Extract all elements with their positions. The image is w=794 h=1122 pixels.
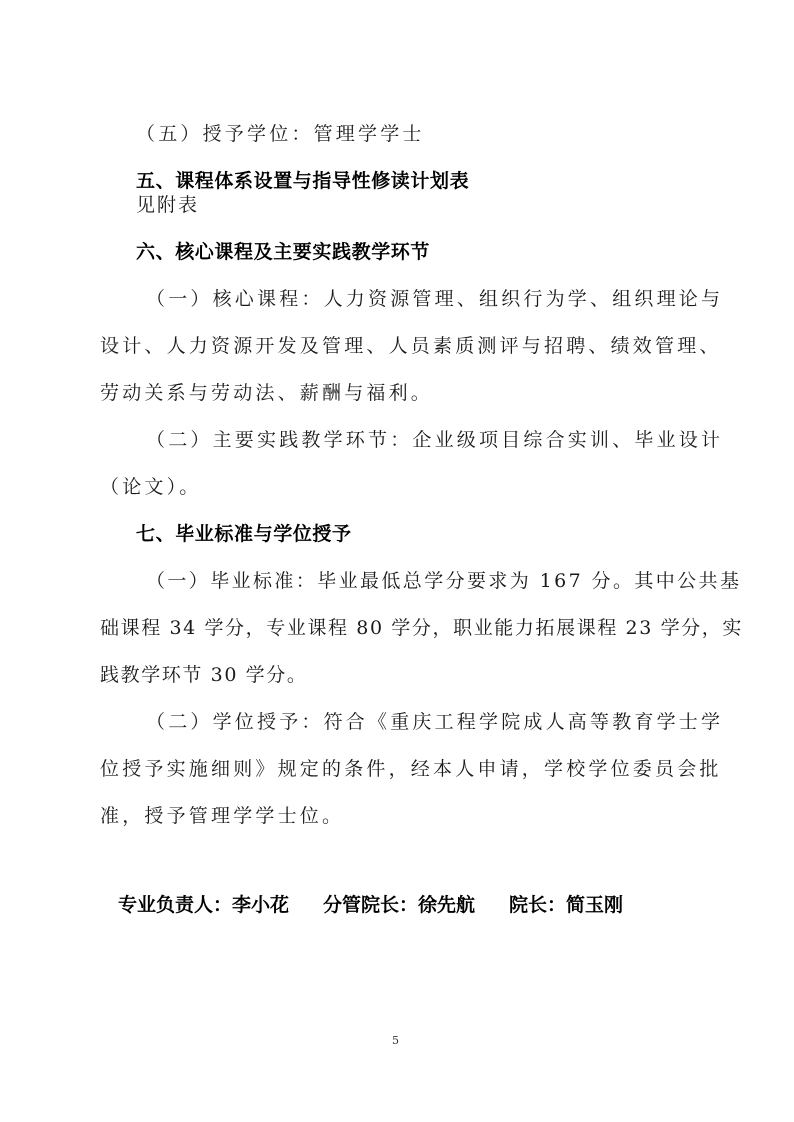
vice-dean-signature: 分管院长：徐先航 xyxy=(323,893,475,917)
graduation-standard-line-3: 践教学环节 30 学分。 xyxy=(100,663,307,687)
graduation-standard-line-2: 础课程 34 学分，专业课程 80 学分，职业能力拓展课程 23 学分，实 xyxy=(100,616,743,640)
signature-line: 专业负责人：李小花分管院长：徐先航院长：简玉刚 xyxy=(118,893,623,917)
page-number: 5 xyxy=(392,1034,399,1047)
practice-line-2: （论文）。 xyxy=(100,475,202,499)
section-7-heading: 七、毕业标准与学位授予 xyxy=(136,522,352,546)
degree-award-line-2: 位授予实施细则》规定的条件，经本人申请，学校学位委员会批 xyxy=(100,757,722,781)
degree-award-line-1: （二）学位授予：符合《重庆工程学院成人高等教育学士学 xyxy=(146,710,723,734)
dean-signature: 院长：简玉刚 xyxy=(509,893,623,917)
major-lead-signature: 专业负责人：李小花 xyxy=(118,893,289,917)
degree-awarded-line: （五）授予学位：管理学学士 xyxy=(136,122,425,146)
core-courses-line-2: 设计、人力资源开发及管理、人员素质测评与招聘、绩效管理、 xyxy=(100,334,722,358)
graduation-standard-line-1: （一）毕业标准：毕业最低总学分要求为 167 分。其中公共基 xyxy=(146,569,741,593)
section-6-heading: 六、核心课程及主要实践教学环节 xyxy=(136,240,430,264)
core-courses-line-1: （一）核心课程：人力资源管理、组织行为学、组织理论与 xyxy=(146,287,723,311)
section-5-body: 见附表 xyxy=(136,193,199,217)
document-page: （五）授予学位：管理学学士 五、课程体系设置与指导性修读计划表 见附表 六、核心… xyxy=(0,0,794,1122)
section-5-heading: 五、课程体系设置与指导性修读计划表 xyxy=(136,169,469,193)
core-courses-line-3: 劳动关系与劳动法、薪酬与福利。 xyxy=(100,381,433,405)
practice-line-1: （二）主要实践教学环节：企业级项目综合实训、毕业设计 xyxy=(146,428,723,452)
degree-award-line-3: 准，授予管理学学士位。 xyxy=(100,804,344,828)
